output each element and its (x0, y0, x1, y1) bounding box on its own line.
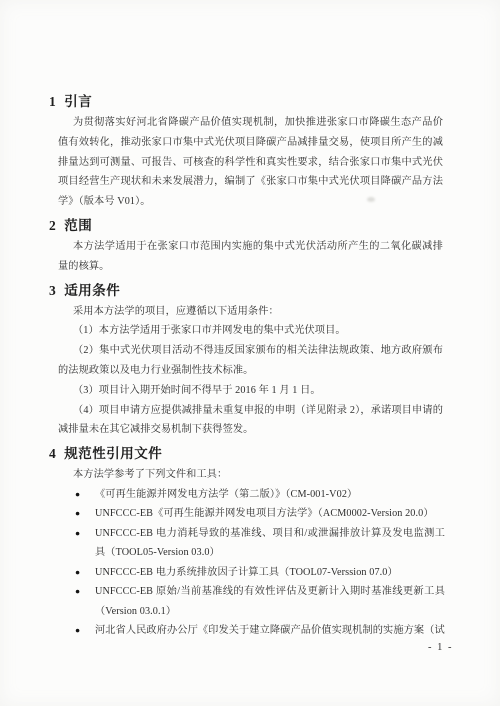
paragraph-scope: 本方法学适用于在张家口市范围内实施的集中式光伏活动所产生的二氧化碳减排量的核算。 (58, 237, 443, 277)
section-introduction: 1 引言 为贯彻落实好河北省降碳产品价值实现机制，加快推进张家口市降碳生态产品价… (49, 90, 445, 212)
condition-item-4: （4）项目申请方应提供减排量未重复申报的申明（详见附录 2），承诺项目申请的减排… (58, 401, 443, 441)
reference-list: ● 《可再生能源并网发电方法学（第二版）》（CM-001-V02） ● UNFC… (49, 485, 445, 641)
reference-list-item: ● 《可再生能源并网发电方法学（第二版）》（CM-001-V02） (75, 485, 445, 505)
section-heading-introduction: 1 引言 (49, 90, 445, 113)
reference-text: UNFCCC-EB《可再生能源并网发电项目方法学》（ACM0002-Versio… (95, 504, 445, 524)
paragraph-references-intro: 本方法学参考了下列文件和工具： (58, 465, 443, 485)
section-number: 1 (49, 90, 56, 113)
condition-item-1: （1）本方法学适用于张家口市并网发电的集中式光伏项目。 (58, 321, 443, 341)
section-number: 4 (49, 442, 56, 465)
reference-list-item: ● UNFCCC-EB《可再生能源并网发电项目方法学》（ACM0002-Vers… (75, 504, 445, 524)
reference-text: 河北省人民政府办公厅《印发关于建立降碳产品价值实现机制的实施方案（试 (95, 621, 445, 641)
bullet-icon: ● (75, 582, 95, 621)
section-title: 适用条件 (64, 279, 120, 302)
reference-text: UNFCCC-EB 原始/当前基准线的有效性评估及更新计入期时基准线更新工具（V… (95, 582, 445, 621)
paragraph-conditions-intro: 采用本方法学的项目，应遵循以下适用条件： (58, 302, 443, 322)
paragraph-introduction: 为贯彻落实好河北省降碳产品价值实现机制，加快推进张家口市降碳生态产品价值有效转化… (58, 113, 443, 212)
reference-list-item: ● UNFCCC-EB 电力系统排放因子计算工具（TOOL07-Verssion… (75, 563, 445, 583)
bullet-icon: ● (75, 524, 95, 563)
reference-text: UNFCCC-EB 电力消耗导致的基准线、项目和/或泄漏排放计算及发电监测工具（… (95, 524, 445, 563)
bullet-icon: ● (75, 621, 95, 641)
reference-text: 《可再生能源并网发电方法学（第二版）》（CM-001-V02） (95, 485, 445, 505)
document-page: 1 引言 为贯彻落实好河北省降碳产品价值实现机制，加快推进张家口市降碳生态产品价… (0, 0, 500, 706)
section-number: 3 (49, 279, 56, 302)
page-content: 1 引言 为贯彻落实好河北省降碳产品价值实现机制，加快推进张家口市降碳生态产品价… (49, 90, 445, 641)
reference-list-item: ● UNFCCC-EB 电力消耗导致的基准线、项目和/或泄漏排放计算及发电监测工… (75, 524, 445, 563)
section-heading-applicable-conditions: 3 适用条件 (49, 279, 445, 302)
reference-list-item: ● 河北省人民政府办公厅《印发关于建立降碳产品价值实现机制的实施方案（试 (75, 621, 445, 641)
reference-list-item: ● UNFCCC-EB 原始/当前基准线的有效性评估及更新计入期时基准线更新工具… (75, 582, 445, 621)
section-applicable-conditions: 3 适用条件 采用本方法学的项目，应遵循以下适用条件： （1）本方法学适用于张家… (49, 279, 445, 441)
page-number: - 1 - (428, 641, 453, 655)
condition-item-3: （3）项目计入期开始时间不得早于 2016 年 1 月 1 日。 (58, 381, 443, 401)
section-title: 引言 (64, 90, 92, 113)
section-heading-normative-references: 4 规范性引用文件 (49, 442, 445, 465)
bullet-icon: ● (75, 485, 95, 505)
bullet-icon: ● (75, 504, 95, 524)
section-title: 规范性引用文件 (64, 442, 162, 465)
reference-text: UNFCCC-EB 电力系统排放因子计算工具（TOOL07-Verssion 0… (95, 563, 445, 583)
section-normative-references: 4 规范性引用文件 本方法学参考了下列文件和工具： ● 《可再生能源并网发电方法… (49, 442, 445, 641)
bullet-icon: ● (75, 563, 95, 583)
section-heading-scope: 2 范围 (49, 214, 445, 237)
section-number: 2 (49, 214, 56, 237)
section-title: 范围 (64, 214, 92, 237)
condition-item-2: （2）集中式光伏项目活动不得违反国家颁布的相关法律法规政策、地方政府颁布的法规政… (58, 341, 443, 381)
section-scope: 2 范围 本方法学适用于在张家口市范围内实施的集中式光伏活动所产生的二氧化碳减排… (49, 214, 445, 277)
